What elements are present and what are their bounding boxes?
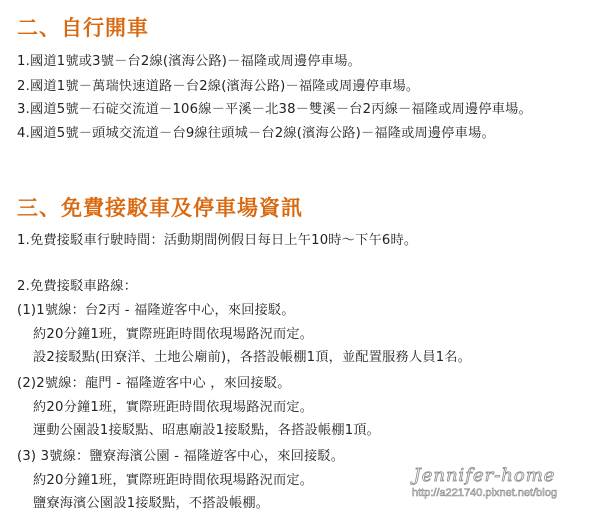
section-title-driving: 二、自行開車 (17, 12, 149, 42)
shuttle-route-1: (1)1號線：台2丙 - 福隆遊客中心，來回接駁。 (17, 299, 295, 318)
watermark: Jennifer-home http://a221740.pixnet.net/… (412, 465, 557, 499)
watermark-url: http://a221740.pixnet.net/blog (412, 487, 557, 499)
shuttle-route-3-stops: 鹽寮海濱公園設1接駁點，不搭設帳棚。 (33, 492, 269, 511)
shuttle-route-2: (2)2號線：龍門 - 福隆遊客中心 ，來回接駁。 (17, 372, 291, 391)
driving-route-2: 2.國道1號－萬瑞快速道路－台2線(濱海公路)－福隆或周邊停車場。 (17, 75, 419, 94)
driving-route-3: 3.國道5號－石碇交流道－106線－平溪－北38－雙溪－台2丙線－福隆或周邊停車… (17, 98, 532, 117)
shuttle-route-2-stops: 運動公園設1接駁點、昭惠廟設1接駁點，各搭設帳棚1頂。 (33, 419, 380, 438)
shuttle-route-2-frequency: 約20分鐘1班，實際班距時間依現場路況而定。 (33, 396, 313, 415)
shuttle-route-1-frequency: 約20分鐘1班，實際班距時間依現場路況而定。 (33, 323, 313, 342)
driving-route-4: 4.國道5號－頭城交流道－台9線往頭城－台2線(濱海公路)－福隆或周邊停車場。 (17, 122, 495, 141)
watermark-title: Jennifer-home (412, 465, 557, 486)
driving-route-1: 1.國道1號或3號－台2線(濱海公路)－福隆或周邊停車場。 (17, 50, 361, 69)
shuttle-routes-title: 2.免費接駁車路線： (17, 275, 137, 294)
section-title-shuttle: 三、免費接駁車及停車場資訊 (17, 192, 303, 222)
shuttle-route-3: (3) 3號線：鹽寮海濱公園 - 福隆遊客中心，來回接駁。 (17, 445, 344, 464)
shuttle-route-1-stops: 設2接駁點(田寮洋、土地公廟前)，各搭設帳棚1頂，並配置服務人員1名。 (33, 346, 471, 365)
shuttle-route-3-frequency: 約20分鐘1班，實際班距時間依現場路況而定。 (33, 469, 313, 488)
shuttle-hours: 1.免費接駁車行駛時間：活動期間例假日每日上午10時～下午6時。 (17, 229, 417, 248)
